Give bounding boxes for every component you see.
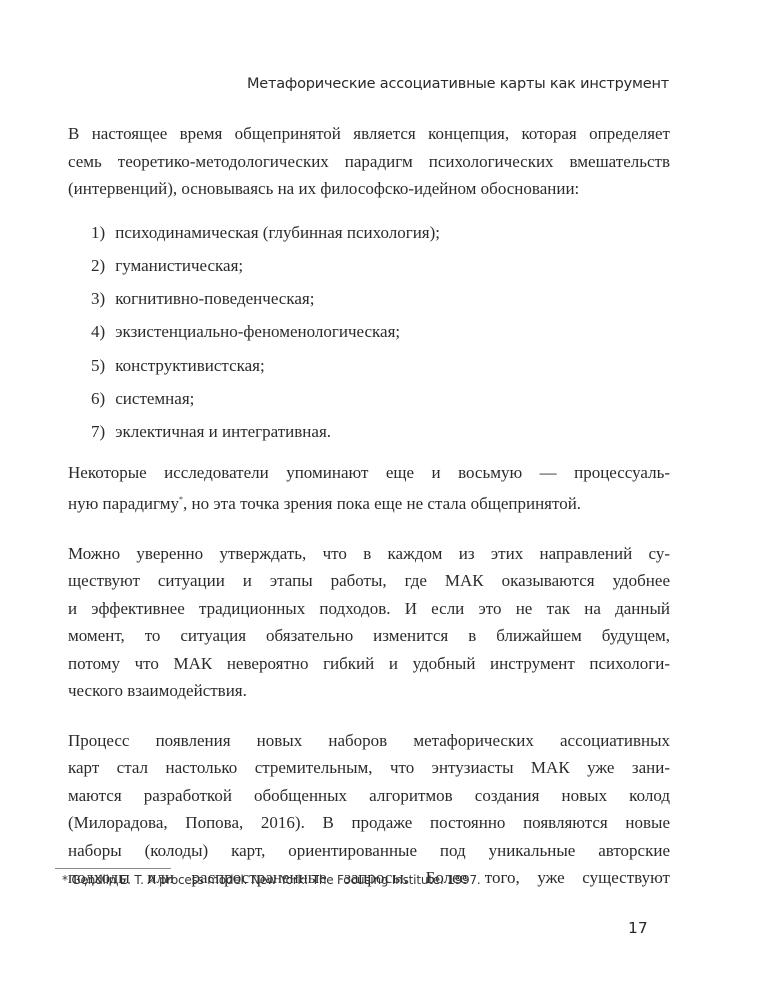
text-line: карт стал настолько стремительным, что э… bbox=[68, 754, 670, 782]
intro-paragraph: В настоящее время общепринятой является … bbox=[68, 120, 670, 203]
running-header-title: Метафорические ассоциативные карты как и… bbox=[247, 76, 669, 92]
text-line: В настоящее время общепринятой является … bbox=[68, 120, 670, 148]
text-line: (Милорадова, Попова, 2016). В продаже по… bbox=[68, 809, 670, 837]
list-item: 5) конструктивистская; bbox=[91, 352, 670, 380]
text-line: семь теоретико-методологических парадигм… bbox=[68, 148, 670, 176]
footnote: * Gendlin E. T. A process model. New Yor… bbox=[62, 873, 481, 887]
page-number: 17 bbox=[628, 919, 648, 937]
text-line: ческого взаимодействия. bbox=[68, 677, 670, 705]
list-item: 7) эклектичная и интегративная. bbox=[91, 418, 670, 446]
list-item: 2) гуманистическая; bbox=[91, 252, 670, 280]
text-line: потому что МАК невероятно гибкий и удобн… bbox=[68, 650, 670, 678]
page-body: В настоящее время общепринятой является … bbox=[68, 120, 670, 892]
paragraph-gap bbox=[68, 705, 670, 727]
text-line: наборы (колоды) карт, ориентированные по… bbox=[68, 837, 670, 865]
text-line: момент, то ситуация обязательно изменитс… bbox=[68, 622, 670, 650]
eighth-paradigm-paragraph: Некоторые исследователи упоминают еще и … bbox=[68, 459, 670, 518]
list-item: 4) экзистенциально-феноменологическая; bbox=[91, 318, 670, 346]
mak-flexibility-paragraph: Можно уверенно утверждать, что в каждом … bbox=[68, 540, 670, 705]
list-item: 6) системная; bbox=[91, 385, 670, 413]
list-item: 3) когнитивно-поведенческая; bbox=[91, 285, 670, 313]
text-line: и эффективнее традиционных подходов. И е… bbox=[68, 595, 670, 623]
text-line: маются разработкой обобщенных алгоритмов… bbox=[68, 782, 670, 810]
footnote-divider bbox=[55, 868, 171, 869]
text-line: Некоторые исследователи упоминают еще и … bbox=[68, 459, 670, 487]
text-line: Можно уверенно утверждать, что в каждом … bbox=[68, 540, 670, 568]
paradigms-list: 1) психодинамическая (глубинная психолог… bbox=[68, 219, 670, 446]
text-line: (интервенций), основываясь на их философ… bbox=[68, 175, 670, 203]
text-line: ную парадигму*, но эта точка зрения пока… bbox=[68, 486, 670, 518]
paragraph-gap bbox=[68, 518, 670, 540]
list-item: 1) психодинамическая (глубинная психолог… bbox=[91, 219, 670, 247]
text-line: Процесс появления новых наборов метафори… bbox=[68, 727, 670, 755]
text-line: ществуют ситуации и этапы работы, где МА… bbox=[68, 567, 670, 595]
